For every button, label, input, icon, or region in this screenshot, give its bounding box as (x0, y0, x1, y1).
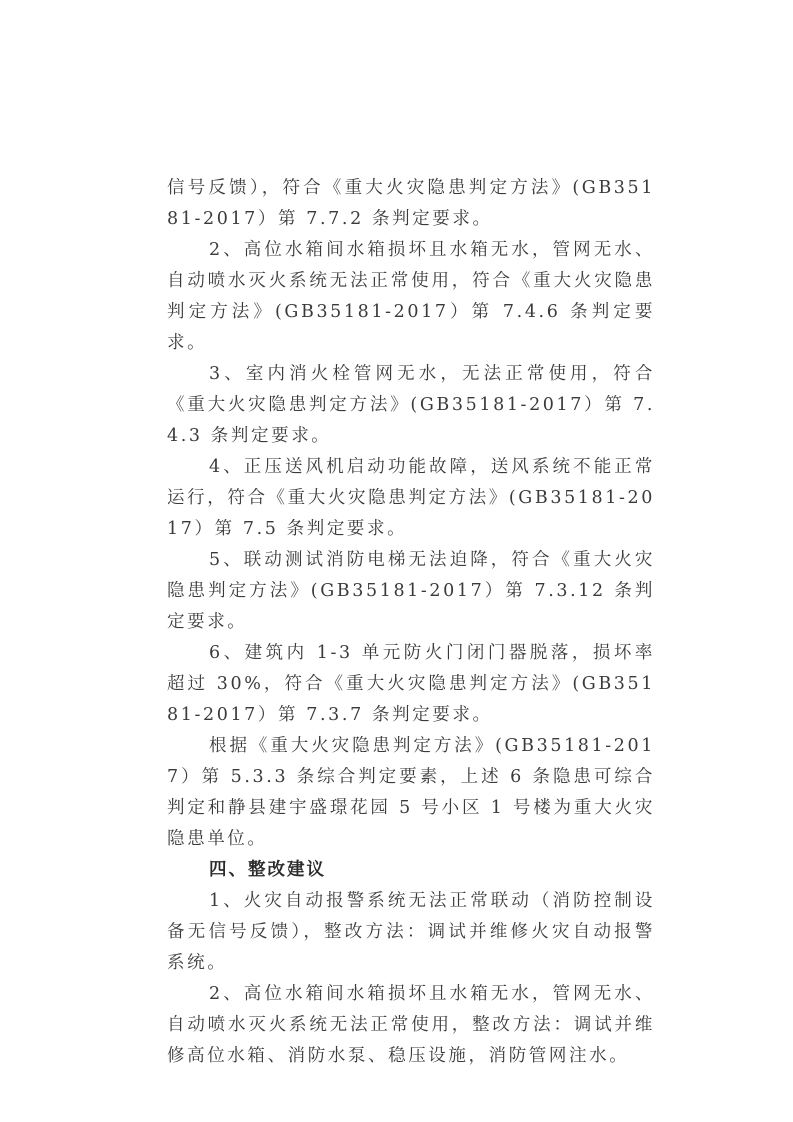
paragraph-recommendation-1: 1、火灾自动报警系统无法正常联动（消防控制设备无信号反馈），整改方法：调试并维修… (167, 886, 655, 979)
paragraph-hazard-6: 6、建筑内 1-3 单元防火门闭门器脱落，损坏率超过 30%，符合《重大火灾隐患… (167, 638, 655, 731)
paragraph-recommendation-2: 2、高位水箱间水箱损坏且水箱无水，管网无水、自动喷水灭火系统无法正常使用，整改方… (167, 979, 655, 1072)
paragraph-hazard-3: 3、室内消火栓管网无水，无法正常使用，符合《重大火灾隐患判定方法》(GB3518… (167, 359, 655, 452)
paragraph-hazard-5: 5、联动测试消防电梯无法迫降，符合《重大火灾隐患判定方法》(GB35181-20… (167, 545, 655, 638)
document-page: 信号反馈），符合《重大火灾隐患判定方法》(GB35181-2017）第 7.7.… (167, 173, 655, 1072)
paragraph-continuation: 信号反馈），符合《重大火灾隐患判定方法》(GB35181-2017）第 7.7.… (167, 173, 655, 235)
paragraph-conclusion: 根据《重大火灾隐患判定方法》(GB35181-2017）第 5.3.3 条综合判… (167, 731, 655, 855)
section-heading-rectification: 四、整改建议 (167, 855, 655, 886)
paragraph-hazard-4: 4、正压送风机启动功能故障，送风系统不能正常运行，符合《重大火灾隐患判定方法》(… (167, 452, 655, 545)
paragraph-hazard-2: 2、高位水箱间水箱损坏且水箱无水，管网无水、自动喷水灭火系统无法正常使用，符合《… (167, 235, 655, 359)
